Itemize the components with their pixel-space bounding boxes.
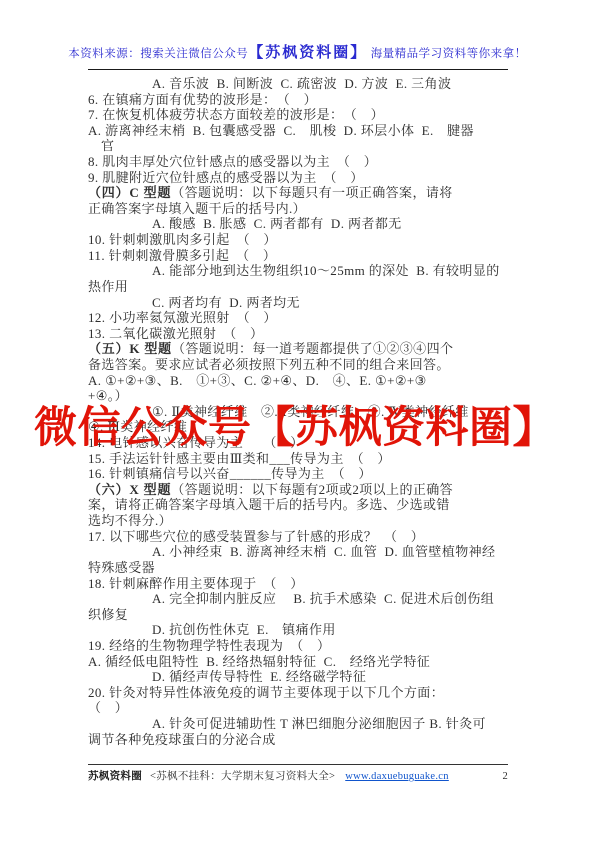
text-line: A. 循经低电阻特性 B. 经络热辐射特征 C. 经络光学特征 [88,654,518,670]
section-heading: （六）X 型题 [88,482,171,497]
section-heading-line: （六）X 型题（答题说明：以下每题有2项或2项以上的正确答 [88,482,518,498]
section-heading: （五）K 型题 [88,341,172,356]
text-line: （ ） [88,700,518,716]
text-line: 20. 针灸对特异性体液免疫的调节主要体现于以下几个方面： [88,685,518,701]
text-line: A. 小神经束 B. 游离神经末梢 C. 血管 D. 血管壁植物神经 [88,544,518,560]
header-notice-suffix: 海量精品学习资料等你来拿！ [367,48,526,60]
document-page: 本资料来源：搜索关注微信公众号【苏枫资料圈】 海量精品学习资料等你来拿！ A. … [0,0,595,841]
text-line: 19. 经络的生物物理学特性表现为 （ ） [88,638,518,654]
text-line: A. 能部分地到达生物组织10～25mm 的深处 B. 有较明显的 [88,263,518,279]
text-line: 11. 针刺刺激骨膜多引起 （ ） [88,248,518,264]
text-line: 织修复 [88,607,518,623]
text-line: 备选答案。要求应试者必须按照下列五种不同的组合来回答。 [88,357,518,373]
text-line: 9. 肌腱附近穴位针感点的感受器以为主 （ ） [88,170,518,186]
text-line: 17. 以下哪些穴位的感受装置参与了针感的形成？ （ ） [88,529,518,545]
text-line: 调节各种免疫球蛋白的分泌合成 [88,732,518,748]
header-banner: 本资料来源：搜索关注微信公众号【苏枫资料圈】 海量精品学习资料等你来拿！ [0,41,595,62]
text-line: 官 [88,138,518,154]
text-line: 选均不得分.） [88,513,518,529]
section-heading: （四）C 型题 [88,185,171,200]
text-line: 8. 肌肉丰厚处穴位针感点的感受器以为主 （ ） [88,154,518,170]
section-heading-line: （五）K 型题（答题说明：每一道考题都提供了①②③④四个 [88,341,518,357]
text-line: A. 酸感 B. 胀感 C. 两者都有 D. 两者都无 [88,216,518,232]
text-line: 18. 针刺麻醉作用主要体现于 （ ） [88,576,518,592]
page-number: 2 [502,771,508,782]
header-brand: 【苏枫资料圈】 [248,45,367,61]
text-line: A. ①+②+③、B. ①+③、C. ②+④、D. ④、E. ①+②+③ [88,373,518,389]
text-line: 7. 在恢复机体疲劳状态方面较差的波形是： （ ） [88,107,518,123]
text-line: A. 完全抑制内脏反应 B. 抗手术感染 C. 促进术后创伤组 [88,591,518,607]
text-line: 12. 小功率氦氖激光照射 （ ） [88,310,518,326]
text-line: 6. 在镇痛方面有优势的波形是： （ ） [88,92,518,108]
text-line: A. 针灸可促进辅助性 T 淋巴细胞分泌细胞因子 B. 针灸可 [88,716,518,732]
footer-subtitle: <苏枫不挂科：大学期末复习资料大全> [150,768,335,783]
footer: 苏枫资料圈 <苏枫不挂科：大学期末复习资料大全> www.daxuebuguak… [88,768,508,783]
section-heading-line: （四）C 型题（答题说明：以下每题只有一项正确答案，请将 [88,185,518,201]
footer-brand: 苏枫资料圈 [88,768,142,783]
text-line: 正确答案字母填入题干后的括号内.） [88,201,518,217]
footer-link[interactable]: www.daxuebuguake.cn [345,771,449,782]
text-line: 特殊感受器 [88,560,518,576]
header-notice-prefix: 本资料来源：搜索关注微信公众号 [68,48,248,60]
text-line: D. 循经声传导特性 E. 经络磁学特征 [88,669,518,685]
text-line: 热作用 [88,279,518,295]
text-line: 16. 针刺镇痛信号以兴奋______传导为主 （ ） [88,466,518,482]
header-rule [88,69,508,70]
footer-rule [88,764,508,765]
text-line: D. 抗创伤性休克 E. 镇痛作用 [88,622,518,638]
text-line: 13. 二氧化碳激光照射 （ ） [88,326,518,342]
text-line: 案，请将正确答案字母填入题干后的括号内。多选、少选或错 [88,497,518,513]
text-line: C. 两者均有 D. 两者均无 [88,295,518,311]
text-line: A. 游离神经末梢 B. 包囊感受器 C. 肌梭 D. 环层小体 E. 腱器 [88,123,518,139]
text-line: 10. 针刺刺激肌肉多引起 （ ） [88,232,518,248]
watermark-text: 微信公众号【苏枫资料圈】 [34,394,556,455]
text-line: A. 音乐波 B. 间断波 C. 疏密波 D. 方波 E. 三角波 [88,76,518,92]
